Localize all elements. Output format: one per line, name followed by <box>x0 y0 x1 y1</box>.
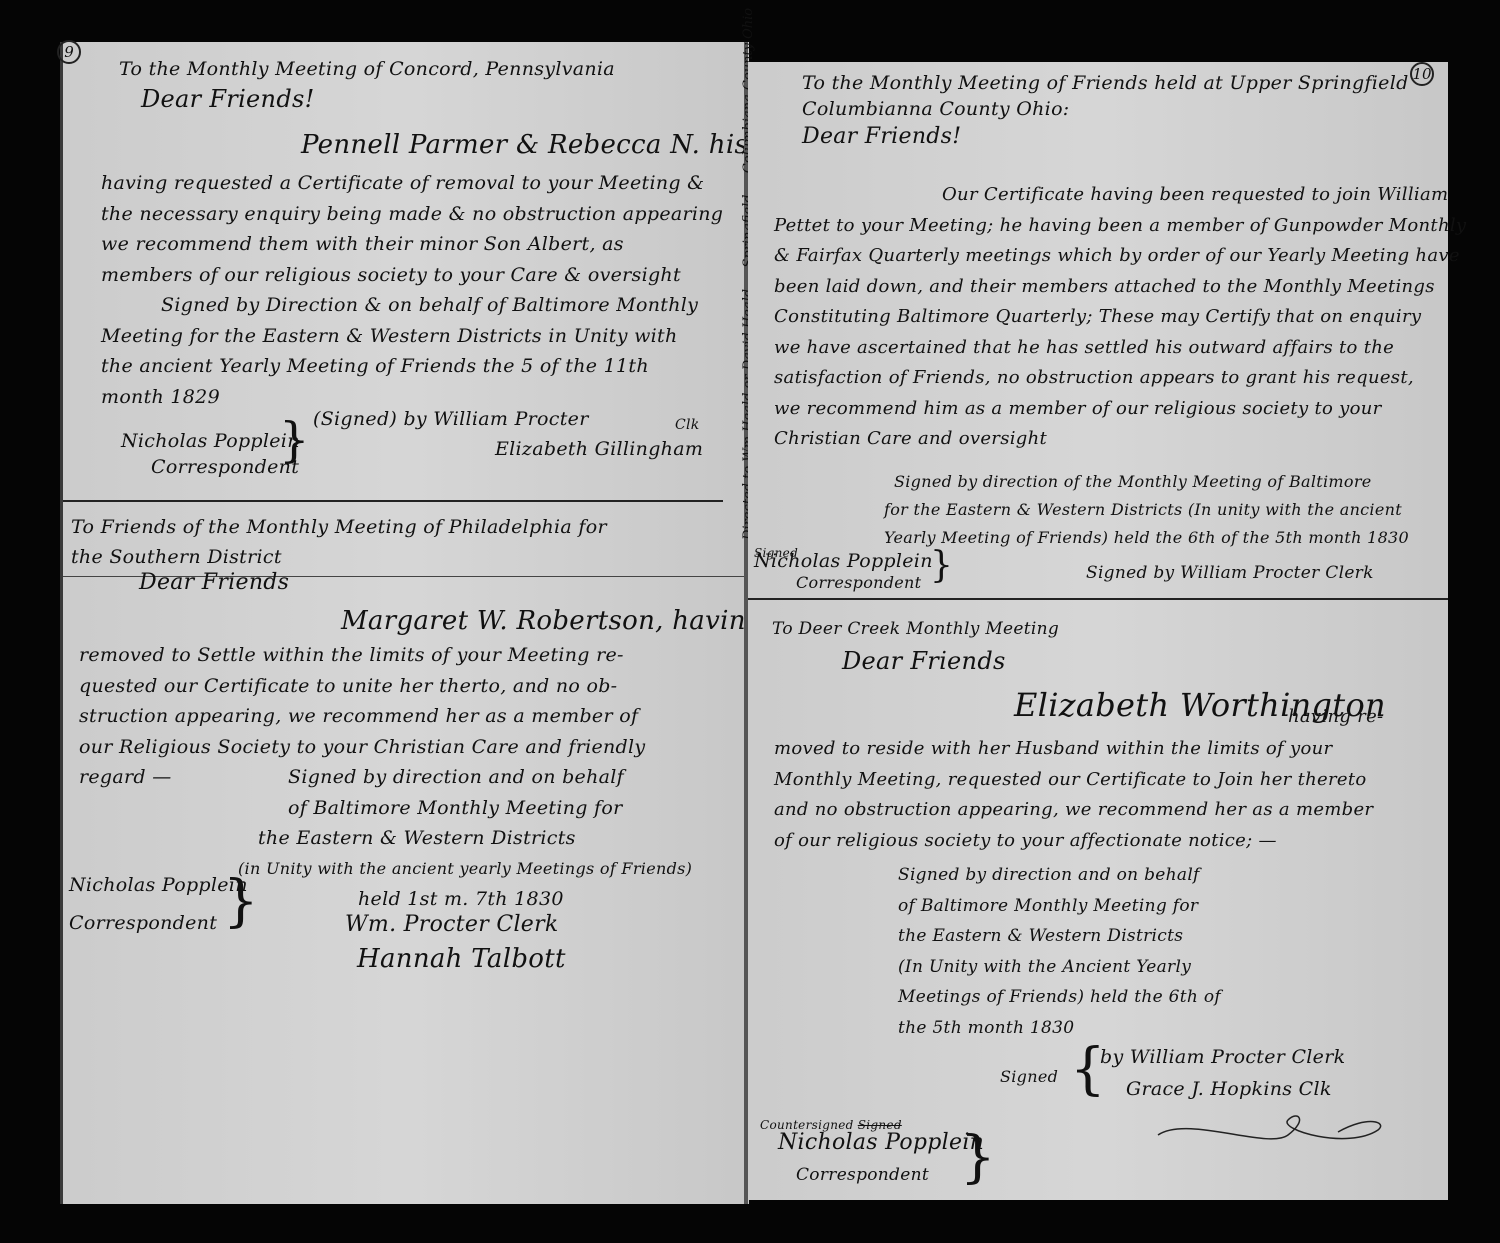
entry-body: moved to reside with her Husband within … <box>774 734 1373 856</box>
entry-body: having requested a Certificate of remova… <box>101 168 723 412</box>
entry-subject-suffix: having re- <box>1288 702 1383 733</box>
entry-subject: Margaret W. Robertson, having <box>341 606 763 637</box>
signature-block: Signed by direction of the Monthly Meeti… <box>884 468 1409 552</box>
brace: } <box>279 416 310 464</box>
entry-salutation: Dear Friends! <box>141 84 315 115</box>
signer-1: by William Procter Clerk <box>1100 1042 1345 1073</box>
signer-2: Grace J. Hopkins Clk <box>1126 1074 1332 1105</box>
entry-body: Our Certificate having been requested to… <box>774 180 1466 455</box>
correspondent-title: Correspondent <box>69 908 217 939</box>
brace: } <box>930 548 953 584</box>
correspondent-title: Correspondent <box>796 1160 929 1191</box>
signer: Signed by William Procter Clerk <box>1086 558 1374 589</box>
entry-subject: Pennell Parmer & Rebecca N. his wife <box>301 130 813 161</box>
signer-2: Elizabeth Gillingham <box>495 434 703 465</box>
correspondent-title: Correspondent <box>151 452 299 483</box>
correspondent-name: Nicholas Popplein <box>69 870 248 901</box>
right-page: 10 To the Monthly Meeting of Friends hel… <box>748 62 1448 1200</box>
signature-block: Signed by direction and on behalf of Bal… <box>898 860 1221 1043</box>
divider-rule <box>748 598 1448 600</box>
left-page: 9 To the Monthly Meeting of Concord, Pen… <box>60 42 749 1204</box>
signed-label: Signed <box>1000 1062 1058 1093</box>
brace: } <box>960 1130 996 1186</box>
page-number-left: 9 <box>57 40 81 64</box>
entry-salutation: Dear Friends <box>139 568 289 599</box>
entry-address: To the Monthly Meeting of Concord, Penns… <box>119 54 615 85</box>
entry-address-line1: To Friends of the Monthly Meeting of Phi… <box>71 512 607 543</box>
correspondent-title: Correspondent <box>796 568 921 599</box>
page-number-right: 10 <box>1410 62 1434 86</box>
entry-salutation: Dear Friends! <box>802 122 961 153</box>
entry-salutation: Dear Friends <box>842 646 1006 677</box>
signature-block: Signed by direction and on behalf of Bal… <box>288 762 692 915</box>
brace: } <box>223 874 259 930</box>
signed-label: (Signed) by William Procter <box>313 404 589 435</box>
signer-1: Wm. Procter Clerk <box>345 910 559 941</box>
entry-address-line2: Columbianna County Ohio: <box>802 94 1070 125</box>
divider-rule <box>63 500 723 502</box>
signer-2: Hannah Talbott <box>357 944 566 975</box>
flourish-icon <box>1148 1110 1388 1160</box>
correspondent-name: Nicholas Popplein <box>778 1128 984 1159</box>
entry-address: To Deer Creek Monthly Meeting <box>772 614 1059 645</box>
